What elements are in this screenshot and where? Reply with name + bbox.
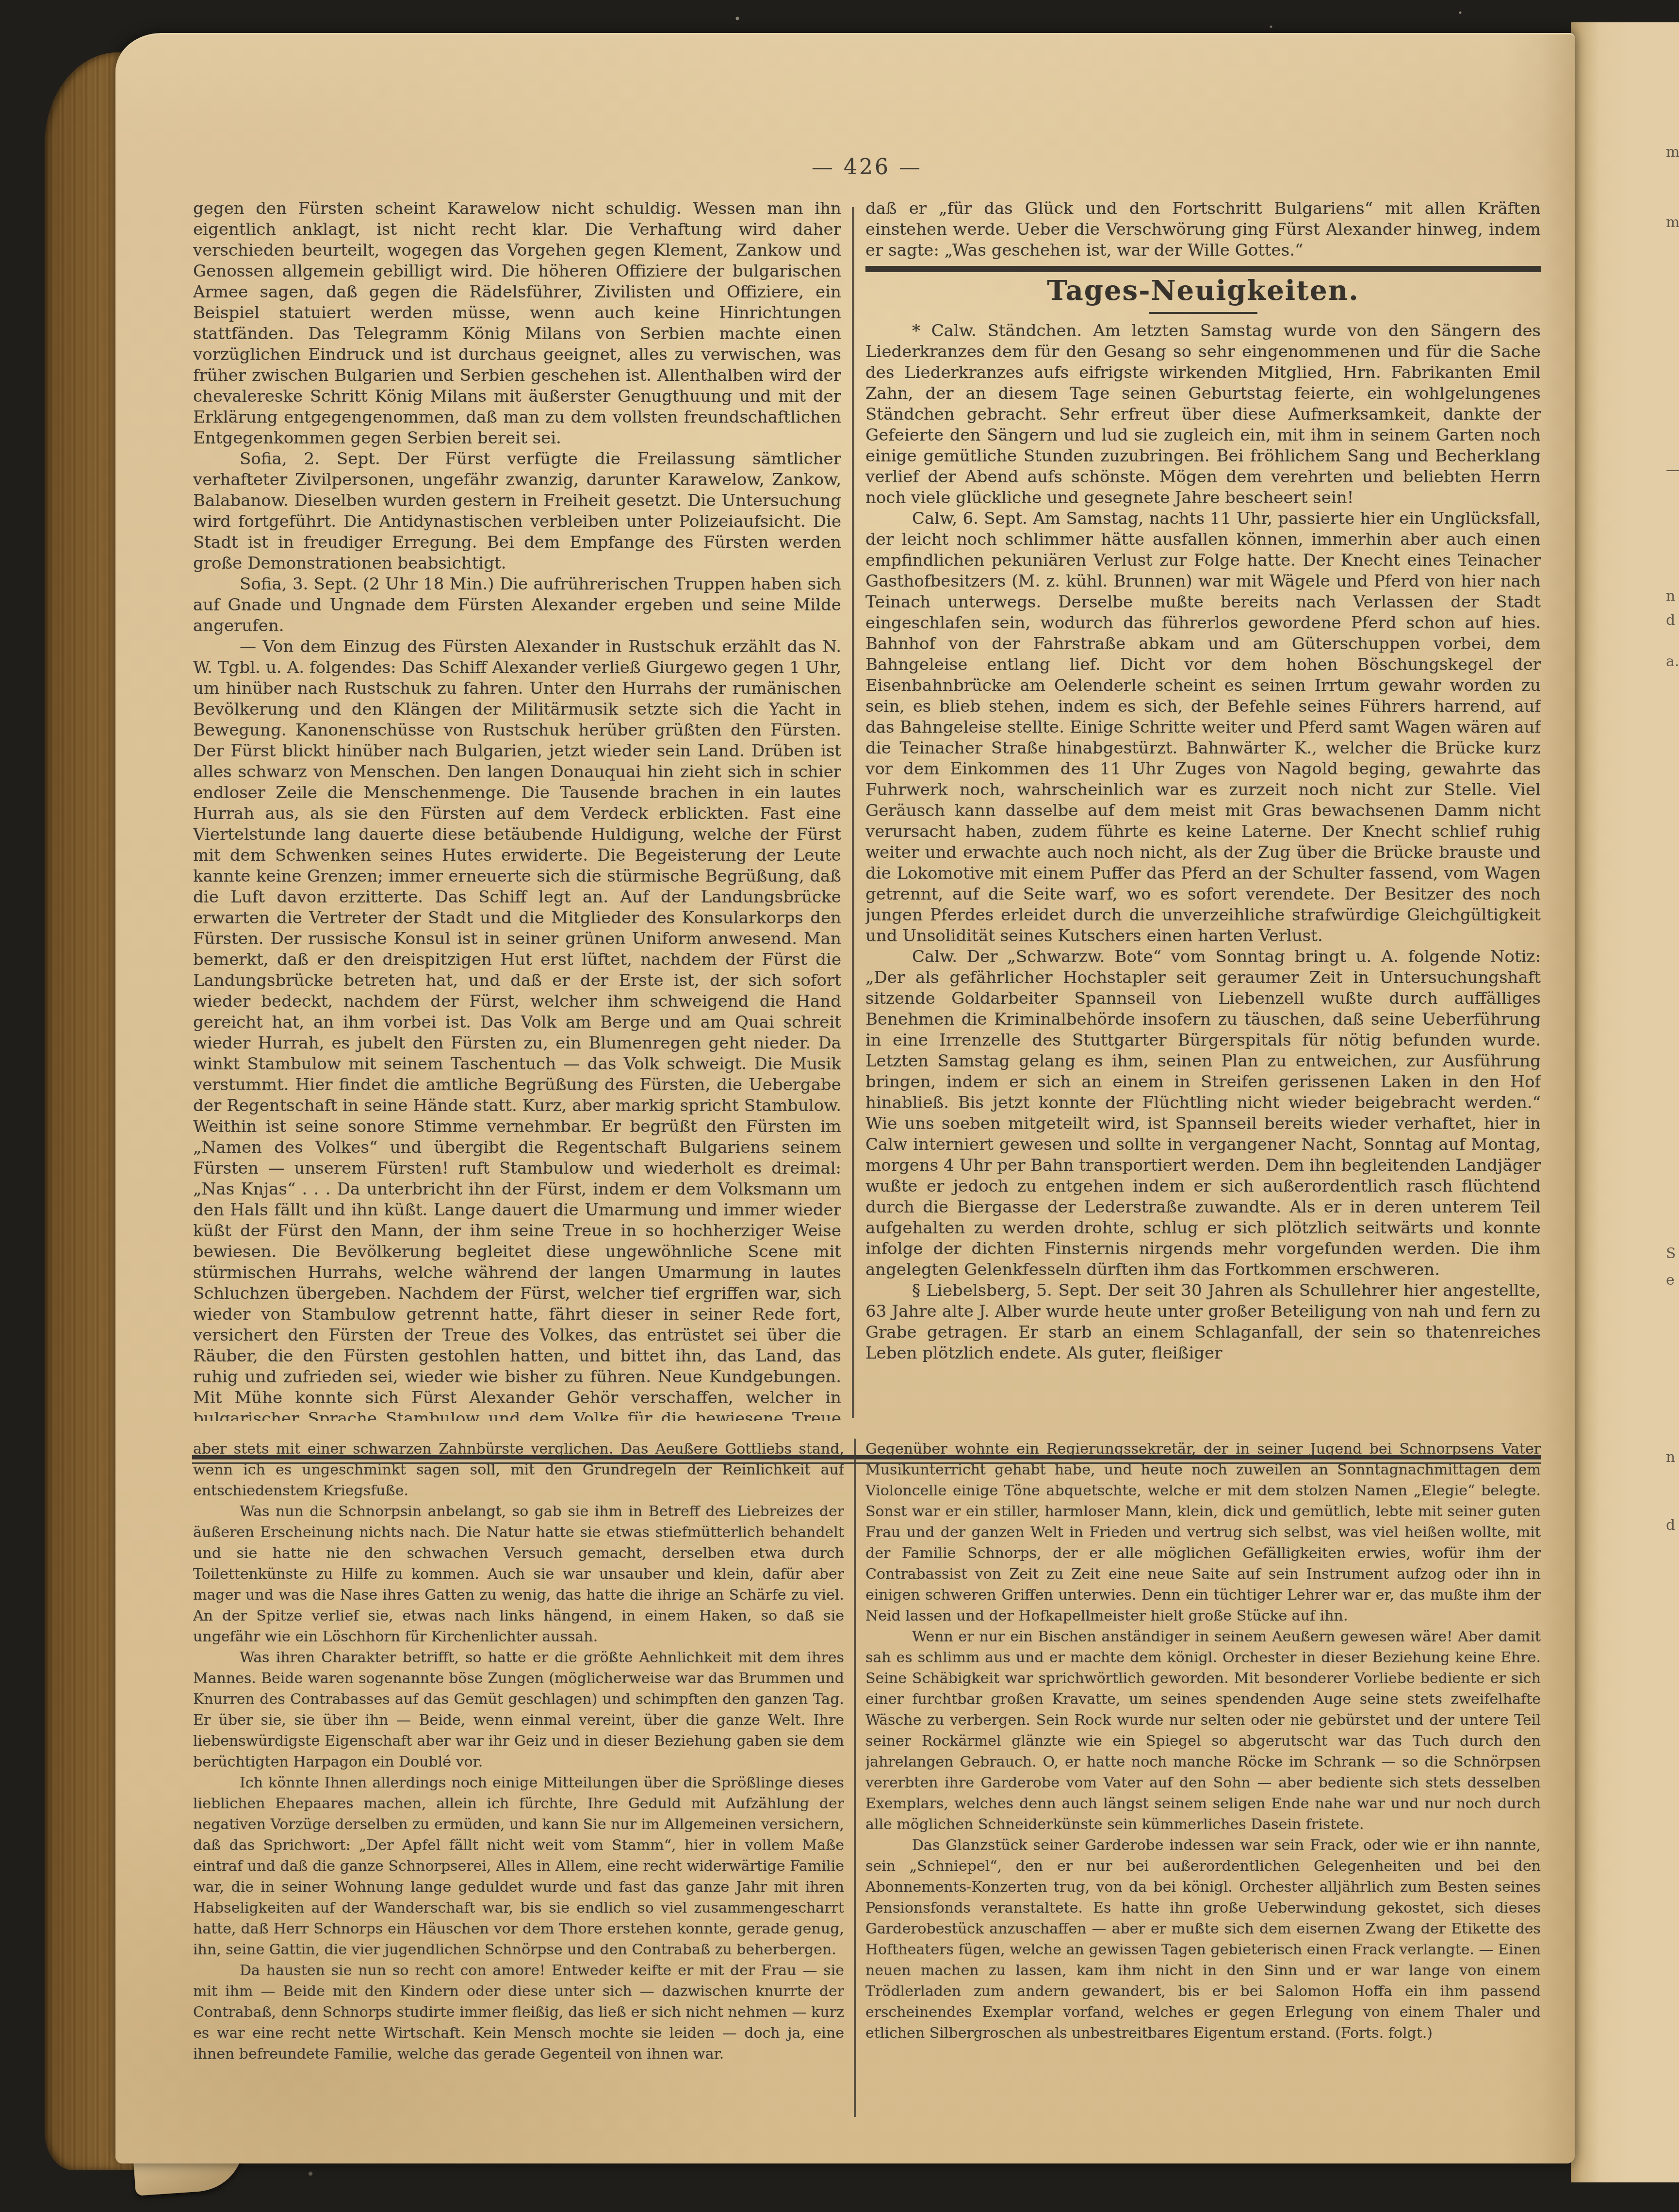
news-paragraph: — Von dem Einzug des Fürsten Alexander i… — [193, 637, 841, 1421]
feuilleton-paragraph: Das Glanzstück seiner Garderobe indessen… — [865, 1835, 1541, 2044]
feuilleton-paragraph: Ich könnte Ihnen allerdings noch einige … — [193, 1772, 844, 1960]
facing-page-text-fragment: d — [1666, 1517, 1675, 1534]
top-right-column: daß er „für das Glück und den Fortschrit… — [865, 198, 1541, 1421]
news-paragraph: Calw. Der „Schwarzw. Bote“ vom Sonntag b… — [865, 947, 1541, 1280]
facing-page-sliver: m m — n d a. S e n d — [1571, 22, 1679, 2182]
facing-page-text-fragment: e — [1666, 1272, 1675, 1289]
feuilleton-column-divider — [854, 1439, 856, 2117]
facing-page-text-fragment: — — [1666, 461, 1679, 478]
news-paragraph: § Liebelsberg, 5. Sept. Der seit 30 Jahr… — [865, 1280, 1541, 1364]
facing-page-text-fragment: d — [1666, 612, 1675, 629]
feuilleton-left-column: aber stets mit einer schwarzen Zahnbürst… — [193, 1439, 844, 2128]
news-paragraph: gegen den Fürsten scheint Karawelow nich… — [193, 198, 841, 449]
header-underline — [1149, 312, 1257, 314]
top-left-column: gegen den Fürsten scheint Karawelow nich… — [193, 198, 841, 1421]
news-paragraph: Calw, 6. Sept. Am Samstag, nachts 11 Uhr… — [865, 508, 1541, 947]
feuilleton-paragraph: aber stets mit einer schwarzen Zahnbürst… — [193, 1439, 844, 1501]
facing-page-text-fragment: S — [1666, 1245, 1676, 1262]
news-paragraph: Sofia, 2. Sept. Der Fürst verfügte die F… — [193, 449, 841, 574]
feuilleton-paragraph: Wenn er nur ein Bischen anständiger in s… — [865, 1626, 1541, 1835]
news-paragraph: daß er „für das Glück und den Fortschrit… — [865, 198, 1541, 261]
facing-page-text-fragment: m — [1666, 214, 1679, 231]
book-scan: m m — n d a. S e n d — 426 — gegen den F… — [0, 0, 1679, 2212]
news-paragraph: Sofia, 3. Sept. (2 Uhr 18 Min.) Die aufr… — [193, 574, 841, 637]
column-divider — [852, 207, 854, 1418]
news-paragraph: * Calw. Ständchen. Am letzten Samstag wu… — [865, 321, 1541, 508]
feuilleton-paragraph: Was nun die Schnorpsin anbelangt, so gab… — [193, 1501, 844, 1647]
page-number: — 426 — — [193, 155, 1541, 180]
feuilleton-paragraph: Gegenüber wohnte ein Regierungssekretär,… — [865, 1439, 1541, 1626]
facing-page-text-fragment: m — [1666, 144, 1679, 161]
facing-page-text-fragment: a. — [1666, 653, 1679, 670]
facing-page-text-fragment: n — [1666, 1449, 1675, 1466]
section-header: Tages-Neuigkeiten. — [865, 275, 1541, 306]
feuilleton-paragraph: Da hausten sie nun so recht con amore! E… — [193, 1960, 844, 2065]
facing-page-text-fragment: n — [1666, 588, 1675, 605]
newspaper-page: — 426 — gegen den Fürsten scheint Karawe… — [115, 33, 1575, 2163]
feuilleton-paragraph: Was ihren Charakter betrifft, so hatte e… — [193, 1647, 844, 1772]
feuilleton-right-column: Gegenüber wohnte ein Regierungssekretär,… — [865, 1439, 1541, 2128]
section-rule — [865, 266, 1541, 272]
